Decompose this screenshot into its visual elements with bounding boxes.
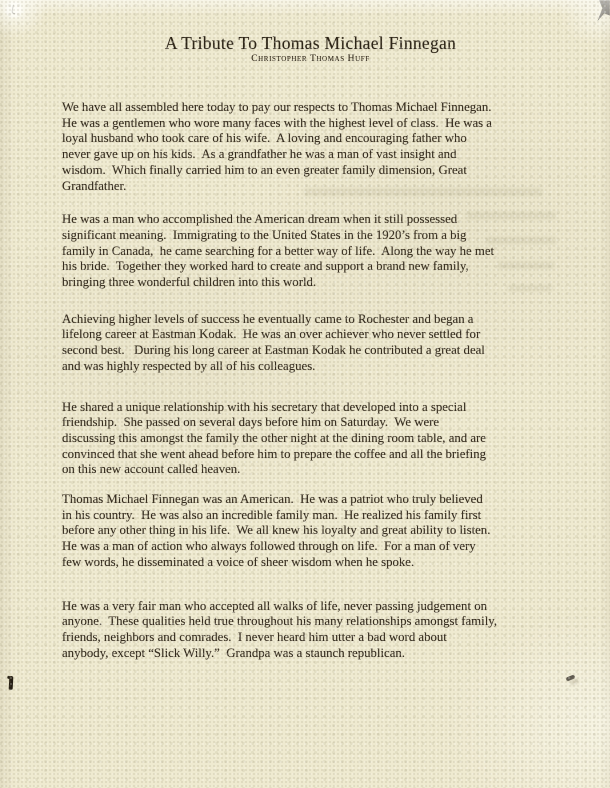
staple-hole bbox=[4, 1, 24, 18]
tribute-paragraph-6: He was a very fair man who accepted all … bbox=[62, 599, 602, 662]
ink-speck bbox=[566, 674, 576, 681]
tribute-text: We have all assembled here today to pay … bbox=[62, 100, 602, 661]
tribute-paragraph-4: He shared a unique relationship with his… bbox=[62, 400, 602, 479]
scanned-page: A Tribute To Thomas Michael Finnegan Chr… bbox=[0, 0, 610, 788]
document-body: A Tribute To Thomas Michael Finnegan Chr… bbox=[62, 0, 602, 661]
pen-mark bbox=[9, 676, 14, 690]
tribute-paragraph-2: He was a man who accomplished the Americ… bbox=[62, 212, 602, 291]
document-title: A Tribute To Thomas Michael Finnegan bbox=[62, 33, 559, 53]
tribute-paragraph-5: Thomas Michael Finnegan was an American.… bbox=[62, 492, 602, 571]
tribute-paragraph-3: Achieving higher levels of success he ev… bbox=[62, 312, 602, 375]
tribute-paragraph-1: We have all assembled here today to pay … bbox=[62, 100, 602, 194]
byline: Christopher Thomas Huff bbox=[62, 54, 559, 65]
